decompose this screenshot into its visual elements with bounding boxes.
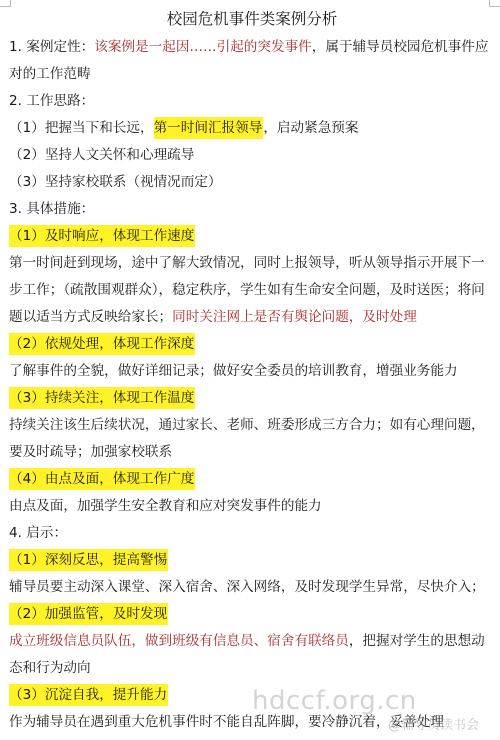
measure-3-heading: （3）持续关注，体现工作温度	[9, 387, 195, 409]
measure-1-body-text: 题以适当方式反映给家长；	[9, 309, 172, 325]
section-1-line-1: 1. 案例定性：该案例是一起因……引起的突发事件，属于辅导员校园危机事件应	[9, 34, 495, 61]
section-3-label: 3. 具体措施：	[9, 196, 495, 223]
case-definition-red-text: 该案例是一起因……引起的突发事件	[94, 39, 312, 55]
insight-3-heading: （3）沉淀自我，提升能力	[9, 684, 168, 706]
section-work-approach: 2. 工作思路： （1）把握当下和长远，第一时间汇报领导，启动紧急预案 （2）坚…	[9, 88, 495, 196]
insight-2-red-text: 成立班级信息员队伍，做到班级有信息员、宿舍有联络员	[9, 633, 349, 649]
approach-item-1: （1）把握当下和长远，第一时间汇报领导，启动紧急预案	[9, 115, 495, 142]
section-1-label: 1. 案例定性：	[9, 39, 94, 55]
measure-4-heading-row: （4）由点及面，体现工作广度	[9, 466, 495, 493]
section-specific-measures: 3. 具体措施： （1）及时响应，体现工作速度 第一时间赶到现场，途中了解大致情…	[9, 196, 495, 520]
measure-2-heading: （2）依规处理，体现工作深度	[9, 333, 195, 355]
approach-item-1-post: ，启动紧急预案	[263, 120, 358, 136]
measure-4-body-line-1: 由点及面，加强学生安全教育和应对突发事件的能力	[9, 493, 495, 520]
measure-3-body-line-1: 持续关注该生后续状况，通过家长、老师、班委形成三方合力；如有心理问题，	[9, 412, 495, 439]
section-2-label: 2. 工作思路：	[9, 88, 495, 115]
insight-2-heading-row: （2）加强监管，及时发现	[9, 601, 495, 628]
insight-2-body-line-2: 态和行为动向	[9, 655, 495, 682]
measure-1-body-line-2: 步工作；（疏散围观群众），稳定秩序，学生如有生命安全问题，及时送医；将问	[9, 277, 495, 304]
approach-item-1-pre: （1）把握当下和长远，	[9, 120, 154, 136]
measure-4-heading: （4）由点及面，体现工作广度	[9, 468, 195, 490]
section-1-line-2: 对的工作范畴	[9, 61, 495, 88]
insight-1-heading: （1）深刻反思，提高警惕	[9, 549, 168, 571]
document-page: 校园危机事件类案例分析 1. 案例定性：该案例是一起因……引起的突发事件，属于辅…	[9, 6, 495, 736]
insight-2-heading: （2）加强监管，及时发现	[9, 603, 168, 625]
measure-3-heading-row: （3）持续关注，体现工作温度	[9, 385, 495, 412]
measure-1-body-line-1: 第一时间赶到现场，途中了解大致情况，同时上报领导，听从领导指示开展下一	[9, 250, 495, 277]
insight-3-heading-row: （3）沉淀自我，提升能力	[9, 682, 495, 709]
section-1-text: ，属于辅导员校园危机事件应	[312, 39, 489, 55]
measure-1-heading-row: （1）及时响应，体现工作速度	[9, 223, 495, 250]
document-title: 校园危机事件类案例分析	[9, 6, 495, 32]
section-case-definition: 1. 案例定性：该案例是一起因……引起的突发事件，属于辅导员校园危机事件应 对的…	[9, 34, 495, 88]
measure-1-red-text: 同时关注网上是否有舆论问题，及时处理	[172, 309, 417, 325]
measure-1-heading: （1）及时响应，体现工作速度	[9, 225, 195, 247]
insight-2-body-line-1: 成立班级信息员队伍，做到班级有信息员、宿舍有联络员，把握对学生的思想动	[9, 628, 495, 655]
approach-item-3: （3）坚持家校联系（视情况而定）	[9, 169, 495, 196]
measure-1-body-line-3: 题以适当方式反映给家长；同时关注网上是否有舆论问题，及时处理	[9, 304, 495, 331]
section-insights: 4. 启示： （1）深刻反思，提高警惕 辅导员要主动深入课堂、深入宿舍、深入网络…	[9, 520, 495, 736]
insight-2-body-text: ，把握对学生的思想动	[349, 633, 485, 649]
measure-3-body-line-2: 要及时疏导；加强家校联系	[9, 439, 495, 466]
measure-2-body-line-1: 了解事件的全貌，做好详细记录；做好安全委员的培训教育，增强业务能力	[9, 358, 495, 385]
insight-1-heading-row: （1）深刻反思，提高警惕	[9, 547, 495, 574]
measure-2-heading-row: （2）依规处理，体现工作深度	[9, 331, 495, 358]
insight-3-body-line-1: 作为辅导员在遇到重大危机事件时不能自乱阵脚，要冷静沉着，妥善处理	[9, 709, 495, 736]
approach-item-1-highlight: 第一时间汇报领导	[154, 117, 264, 139]
section-4-label: 4. 启示：	[9, 520, 495, 547]
insight-1-body-line-1: 辅导员要主动深入课堂、深入宿舍、深入网络，及时发现学生异常，尽快介入；	[9, 574, 495, 601]
approach-item-2: （2）坚持人文关怀和心理疏导	[9, 142, 495, 169]
